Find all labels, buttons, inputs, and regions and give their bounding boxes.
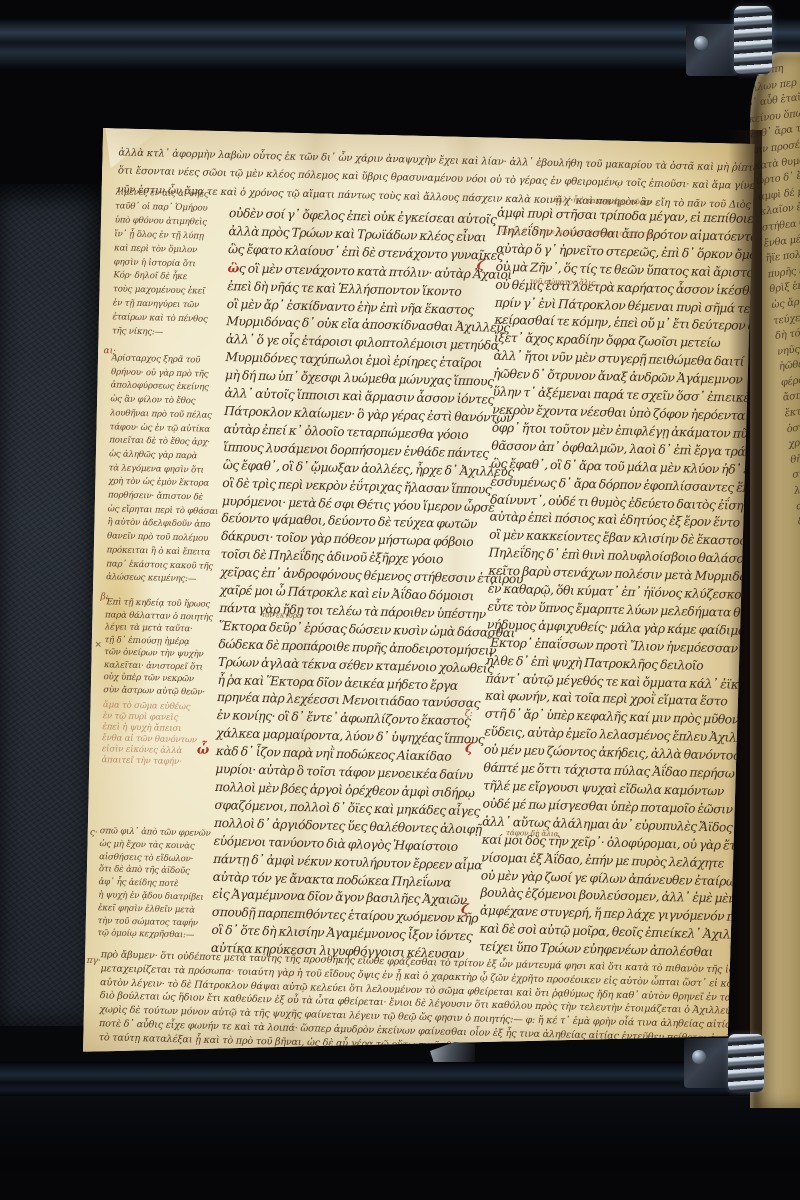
clamp-plate (686, 24, 738, 76)
margin-scholia-c: Ἐπὶ τῇ κηδείᾳ τοῦ ἥρωοςπαρὰ θάλατταν ὁ π… (103, 596, 217, 699)
interlinear-gloss: τὸν ἕκτορα (261, 610, 302, 620)
cradle-top-rail (0, 18, 800, 70)
margin-scholia-d: σπῶ φιλ᾽ ἀπὸ τῶν φρενῶνὡς μὴ ἔχον τὰς κο… (97, 825, 212, 943)
clamp-screw (694, 36, 708, 50)
manuscript-text-line: τῷ ὁμοίῳ κεχρῆσθαι:— (97, 927, 209, 943)
text-column-right: ἀμφὶ πυρὶ στῆσαι τρίποδα μέγαν, εἰ πεπίθ… (479, 205, 747, 963)
bottom-right-clamp (684, 1034, 770, 1094)
margin-scholia-a: λιμένες ἐν αἷς αἱ νῆεςταῦθ᾽ οἱ παρ᾽ Ὁμήρ… (112, 186, 228, 342)
clamp-plate (684, 1038, 734, 1088)
manuscript-text-line: ἁλώσεως κειμένης:— (106, 571, 218, 587)
text-column-left: οὐδὲν σοί γ᾽ ὄφελος ἐπεὶ οὐκ ἐγκείσεαι α… (211, 205, 491, 964)
margin-ref-mark: × (94, 640, 102, 650)
interlinear-gloss: τοῦ σώματος ἅλις (529, 276, 595, 287)
red-paragraph-mark: ζ (461, 901, 469, 919)
manuscript-page: ἀλλὰ κτλ᾽ ἀφορμὴν λαβὼν οὗτος ἐκ τῶν δι᾽… (80, 128, 754, 1068)
red-paragraph-mark: ζ (477, 257, 485, 275)
clamp-screw (692, 1050, 706, 1064)
margin-ref-mark: πγ· (87, 956, 101, 966)
margin-ref-mark: ς· (90, 828, 98, 838)
cradle-base-shadow (0, 1096, 800, 1200)
facing-page-text: νος ϗ πηἄλλων περ ϗδ᾽ αὖθ ἑταῖροκείνου ὅ… (750, 52, 800, 577)
manuscript-text-line: ἀπαιτεῖ τὴν ταφήν· (101, 755, 213, 769)
facing-page-edge: νος ϗ πηἄλλων περ ϗδ᾽ αὖθ ἑταῖροκείνου ὅ… (750, 52, 800, 1108)
margin-ref-mark: ζ: (465, 709, 473, 719)
red-paragraph-mark: ζ (465, 740, 473, 758)
rubricated-initial: ὣ (227, 260, 239, 275)
margin-scholia-b: Ἀρίσταρχος ξηρᾶ τοῦθρήνου· οὐ γὰρ πρὸ τῆ… (106, 352, 224, 588)
margin-scholia-faded: ἅμα τὸ σῶμα εὐθέωςἐν τῷ πυρὶ φανεὶςἐπεὶ … (101, 700, 215, 769)
top-right-clamp (686, 4, 776, 82)
margin-ref-mark: β: (100, 592, 108, 602)
manuscript-text-line: τῆς νίκης:— (112, 325, 224, 342)
clamp-hinge-barrel (728, 1034, 764, 1092)
cradle-bottom-rail (0, 1062, 760, 1096)
interlinear-gloss: τάφον δὴ ἅλια (506, 828, 559, 838)
photograph-of-manuscript: νος ϗ πηἄλλων περ ϗδ᾽ αὖθ ἑταῖροκείνου ὅ… (0, 0, 800, 1200)
clamp-hinge-barrel (734, 6, 772, 74)
margin-ref-mark: αι· (103, 346, 116, 356)
